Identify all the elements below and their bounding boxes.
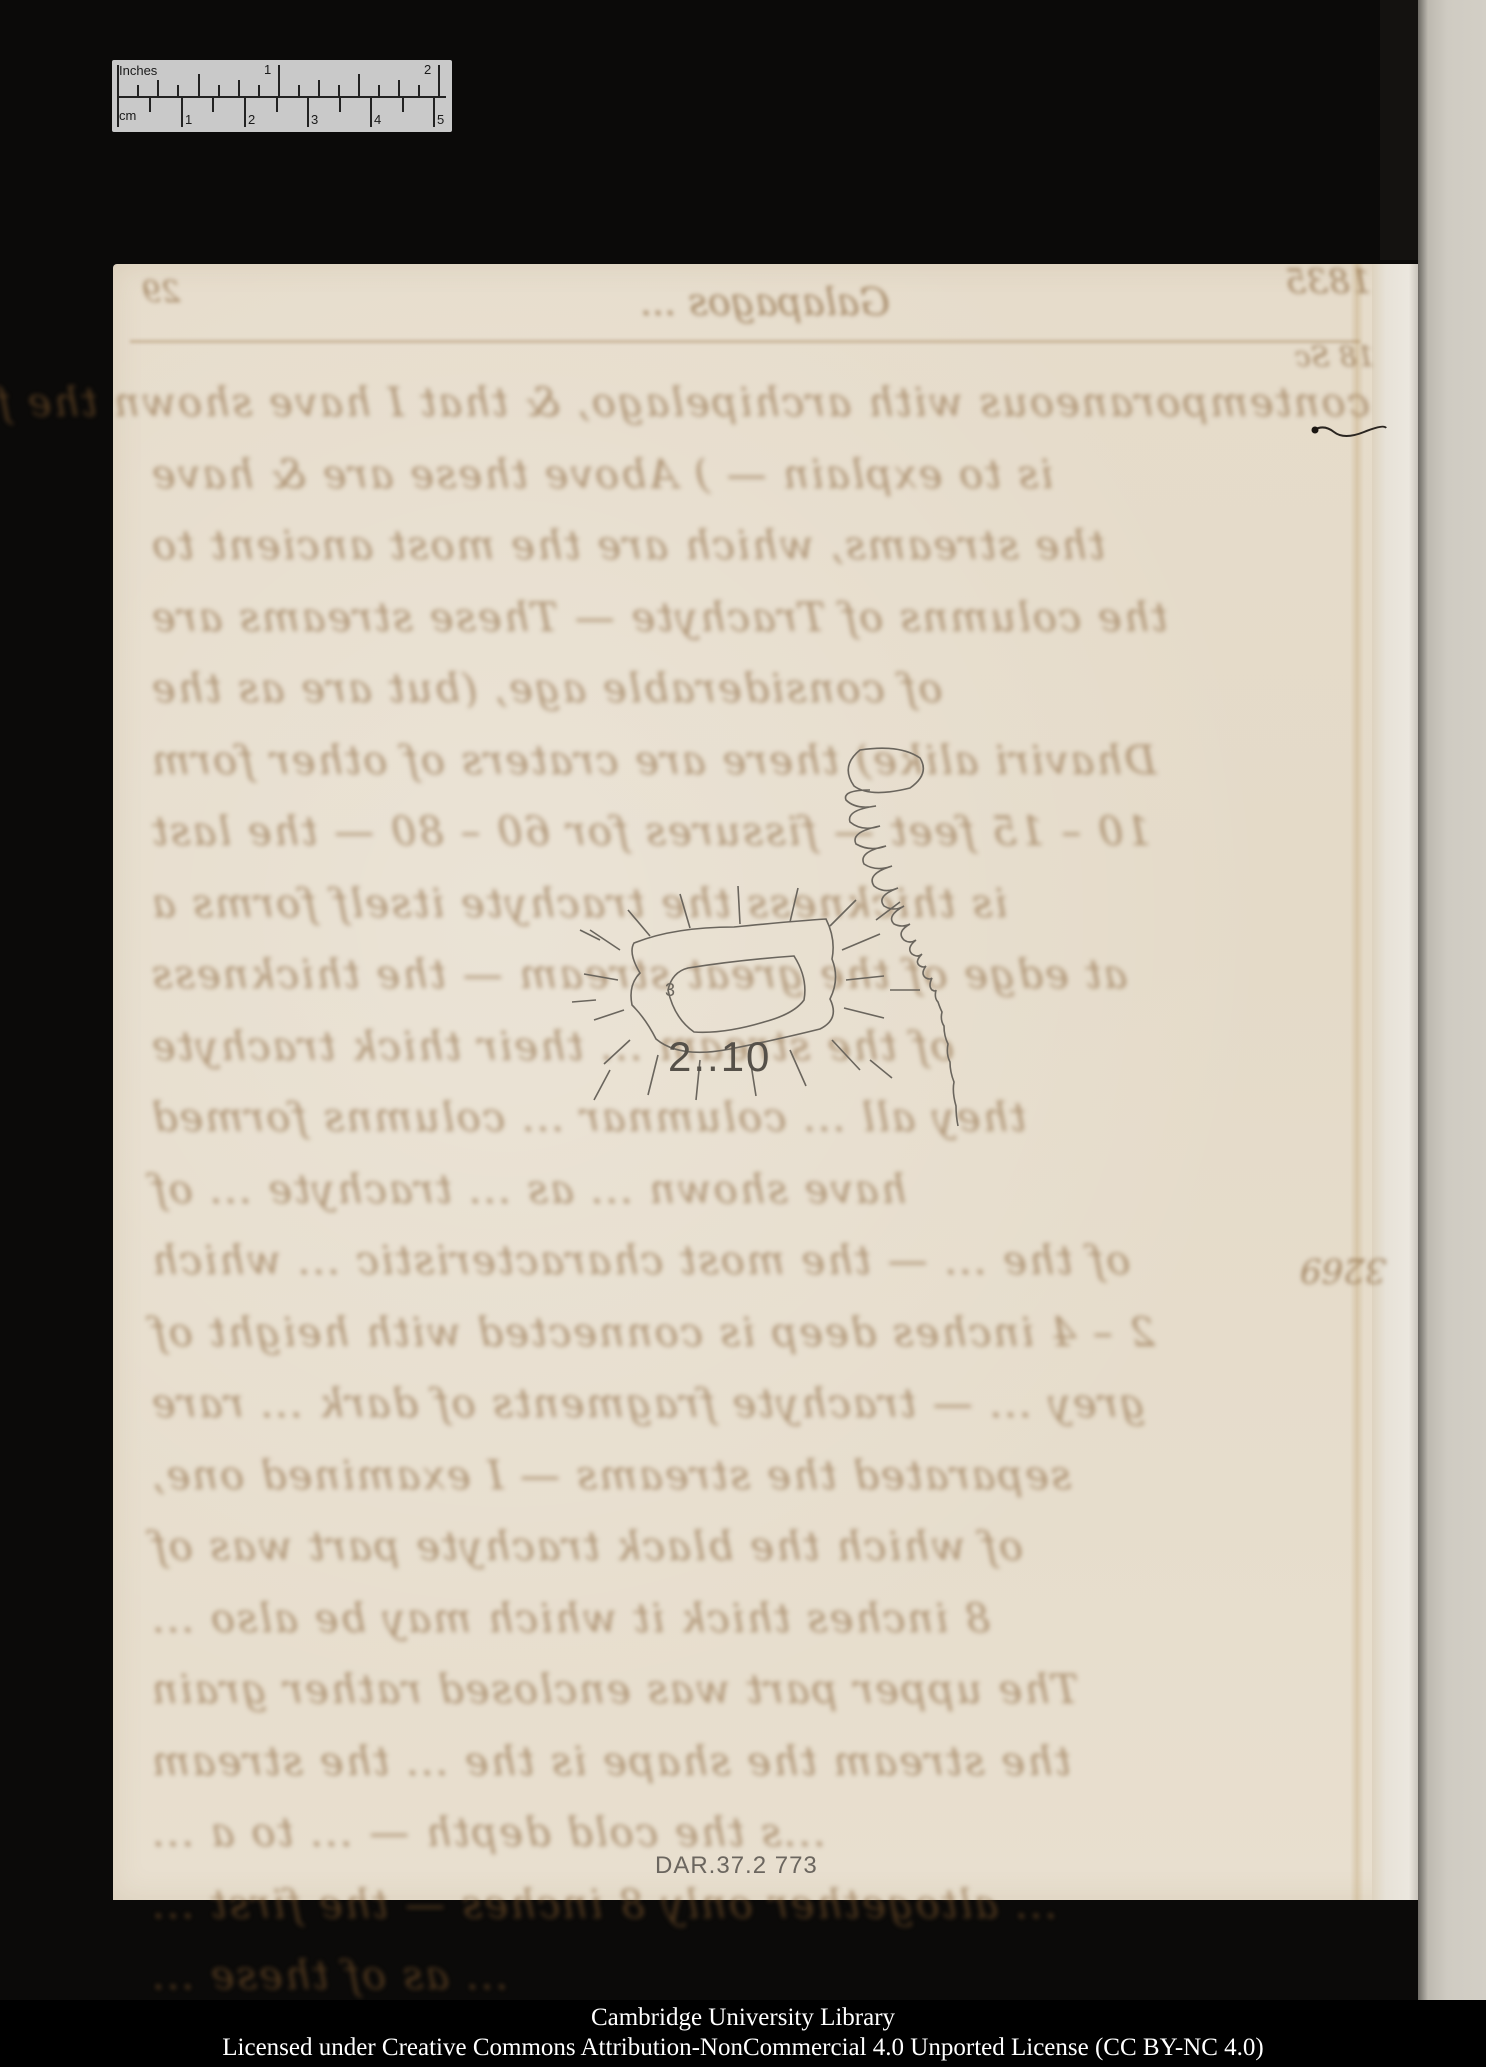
ruler-tick	[212, 96, 214, 112]
mount-backing-board	[1418, 0, 1486, 2000]
ruler-tick	[370, 96, 372, 127]
ruler-tick	[218, 85, 220, 96]
ruler-tick	[244, 96, 246, 127]
ruler-cm-label: cm	[119, 108, 136, 123]
text-line: The upper part was enclosed rather grain	[150, 1667, 1370, 1731]
ruler-tick	[117, 65, 119, 127]
ruler-tick	[149, 96, 151, 112]
ruler-tick	[433, 96, 435, 127]
text-line: of the ... — the most characteristic ...…	[150, 1238, 1370, 1302]
ruler-tick	[402, 96, 404, 112]
ruler-tick	[177, 85, 179, 96]
sketch-annotation-label: 2..10	[668, 1033, 771, 1081]
text-line: of which the black trachyte part was of	[150, 1524, 1370, 1588]
text-line: 2 – 4 inches deep is connected with heig…	[150, 1310, 1370, 1374]
ruler-cm-mark-1: 1	[185, 112, 192, 127]
text-line: contemporaneous with archipelago, & that…	[150, 380, 1370, 444]
ruler-tick	[278, 65, 280, 96]
pencil-sketch-crater	[540, 740, 980, 1180]
scale-ruler: Inches cm 1 2 1 2 3 4 5	[112, 60, 452, 132]
ruler-cm-mark-4: 4	[374, 112, 381, 127]
ruler-tick	[181, 96, 183, 127]
text-line: grey ... — trachyte fragments of dark ..…	[150, 1381, 1370, 1445]
ruler-tick	[137, 85, 139, 96]
ruler-tick	[418, 85, 420, 96]
text-line: the streams, which are the most ancient …	[150, 523, 1370, 587]
ruler-tick	[378, 85, 380, 96]
text-line: the stream the shape is the ... the stre…	[150, 1739, 1370, 1803]
ruler-tick	[307, 96, 309, 127]
ruler-inch-mark-1: 1	[264, 62, 271, 77]
license-footer: Cambridge University Library Licensed un…	[0, 2000, 1486, 2067]
license-text: Licensed under Creative Commons Attribut…	[0, 2033, 1486, 2063]
ruler-baseline	[117, 96, 446, 98]
ruler-cm-mark-3: 3	[311, 112, 318, 127]
ruler-tick	[338, 85, 340, 96]
sketch-annotation-top: 3	[665, 980, 675, 1001]
institution-name: Cambridge University Library	[0, 2000, 1486, 2033]
ruler-cm-mark-5: 5	[437, 112, 444, 127]
ruler-inches-label: Inches	[119, 63, 157, 78]
ruler-cm-mark-2: 2	[248, 112, 255, 127]
text-line: separated the streams — I examined one,	[150, 1453, 1370, 1517]
ruler-tick	[438, 65, 440, 96]
mounting-tissue-strip	[1372, 264, 1418, 1900]
text-line: of considerable age, (but are as the	[150, 666, 1370, 730]
ruler-tick	[318, 80, 320, 96]
ruler-tick	[298, 85, 300, 96]
ruler-tick	[258, 85, 260, 96]
ruler-inch-mark-2: 2	[424, 62, 431, 77]
ruler-tick	[358, 74, 360, 96]
ruler-tick	[238, 80, 240, 96]
ruler-tick	[398, 80, 400, 96]
text-line: is to explain — ) Above these are & have	[150, 452, 1370, 516]
ruler-tick	[198, 74, 200, 96]
ruler-tick	[276, 96, 278, 112]
text-line: ... altogether only 8 inches — the first…	[150, 1882, 1370, 1946]
shelfmark: DAR.37.2 773	[655, 1852, 818, 1880]
scan-bed-edge	[1380, 0, 1420, 260]
text-line: 8 inches thick it which may be also ...	[150, 1596, 1370, 1660]
ruler-tick	[157, 80, 159, 96]
ruler-tick	[339, 96, 341, 112]
text-line: the columns of Trachyte — These streams …	[150, 595, 1370, 659]
